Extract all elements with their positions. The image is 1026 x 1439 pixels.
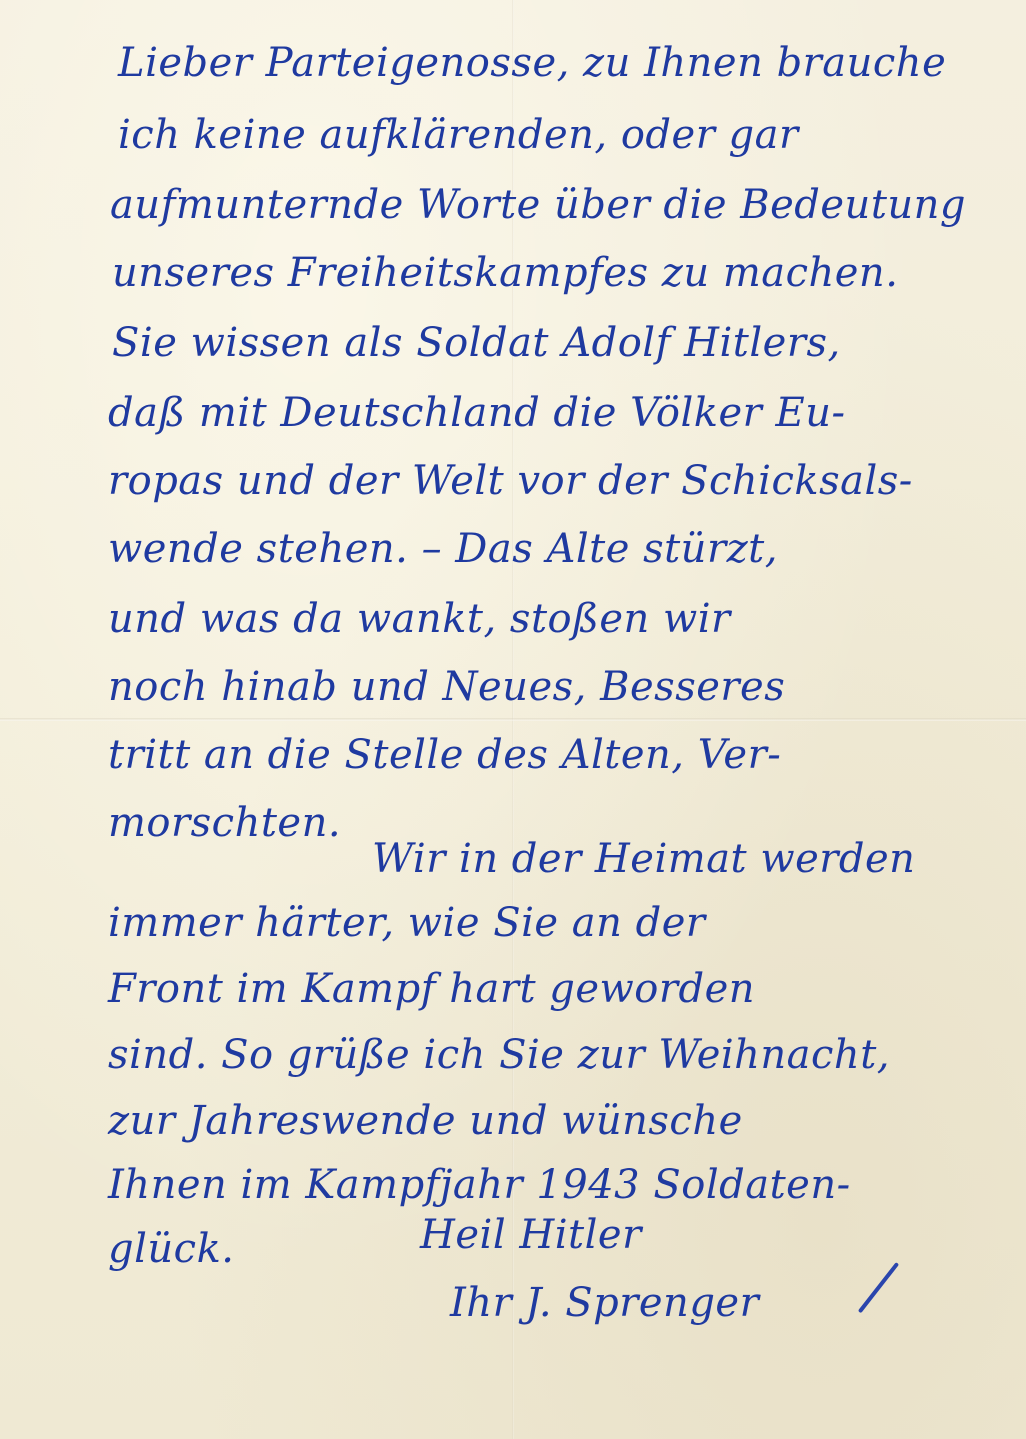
letter-line: sind. So grüße ich Sie zur Weihnacht, bbox=[108, 1032, 890, 1078]
letter-line: aufmunternde Worte über die Bedeutung bbox=[110, 182, 966, 228]
letter-line: noch hinab und Neues, Besseres bbox=[108, 664, 785, 710]
letter-line: morschten. bbox=[108, 800, 341, 846]
letter-line: tritt an die Stelle des Alten, Ver- bbox=[108, 732, 781, 778]
letter-line: Sie wissen als Soldat Adolf Hitlers, bbox=[112, 320, 841, 366]
letter-line: ropas und der Welt vor der Schicksals- bbox=[108, 458, 913, 504]
letter-line: Wir in der Heimat werden bbox=[372, 836, 915, 882]
letter-line: Lieber Parteigenosse, zu Ihnen brauche bbox=[118, 40, 946, 86]
letter-line: daß mit Deutschland die Völker Eu- bbox=[108, 390, 846, 436]
letter-line: wende stehen. – Das Alte stürzt, bbox=[108, 526, 778, 572]
closing-salutation: Heil Hitler bbox=[420, 1212, 642, 1258]
signature: Ihr J. Sprenger bbox=[450, 1280, 759, 1326]
letter-line: glück. bbox=[108, 1226, 235, 1272]
letter-line: zur Jahreswende und wünsche bbox=[108, 1098, 743, 1144]
letter-line: und was da wankt, stoßen wir bbox=[108, 596, 731, 642]
letter-line: ich keine aufklärenden, oder gar bbox=[118, 112, 799, 158]
letter-line: unseres Freiheitskampfes zu machen. bbox=[112, 250, 898, 296]
letter-line: Front im Kampf hart geworden bbox=[108, 966, 755, 1012]
letter-line: Ihnen im Kampfjahr 1943 Soldaten- bbox=[108, 1162, 851, 1208]
horizontal-fold-crease bbox=[0, 718, 1026, 721]
letter-line: immer härter, wie Sie an der bbox=[108, 900, 706, 946]
